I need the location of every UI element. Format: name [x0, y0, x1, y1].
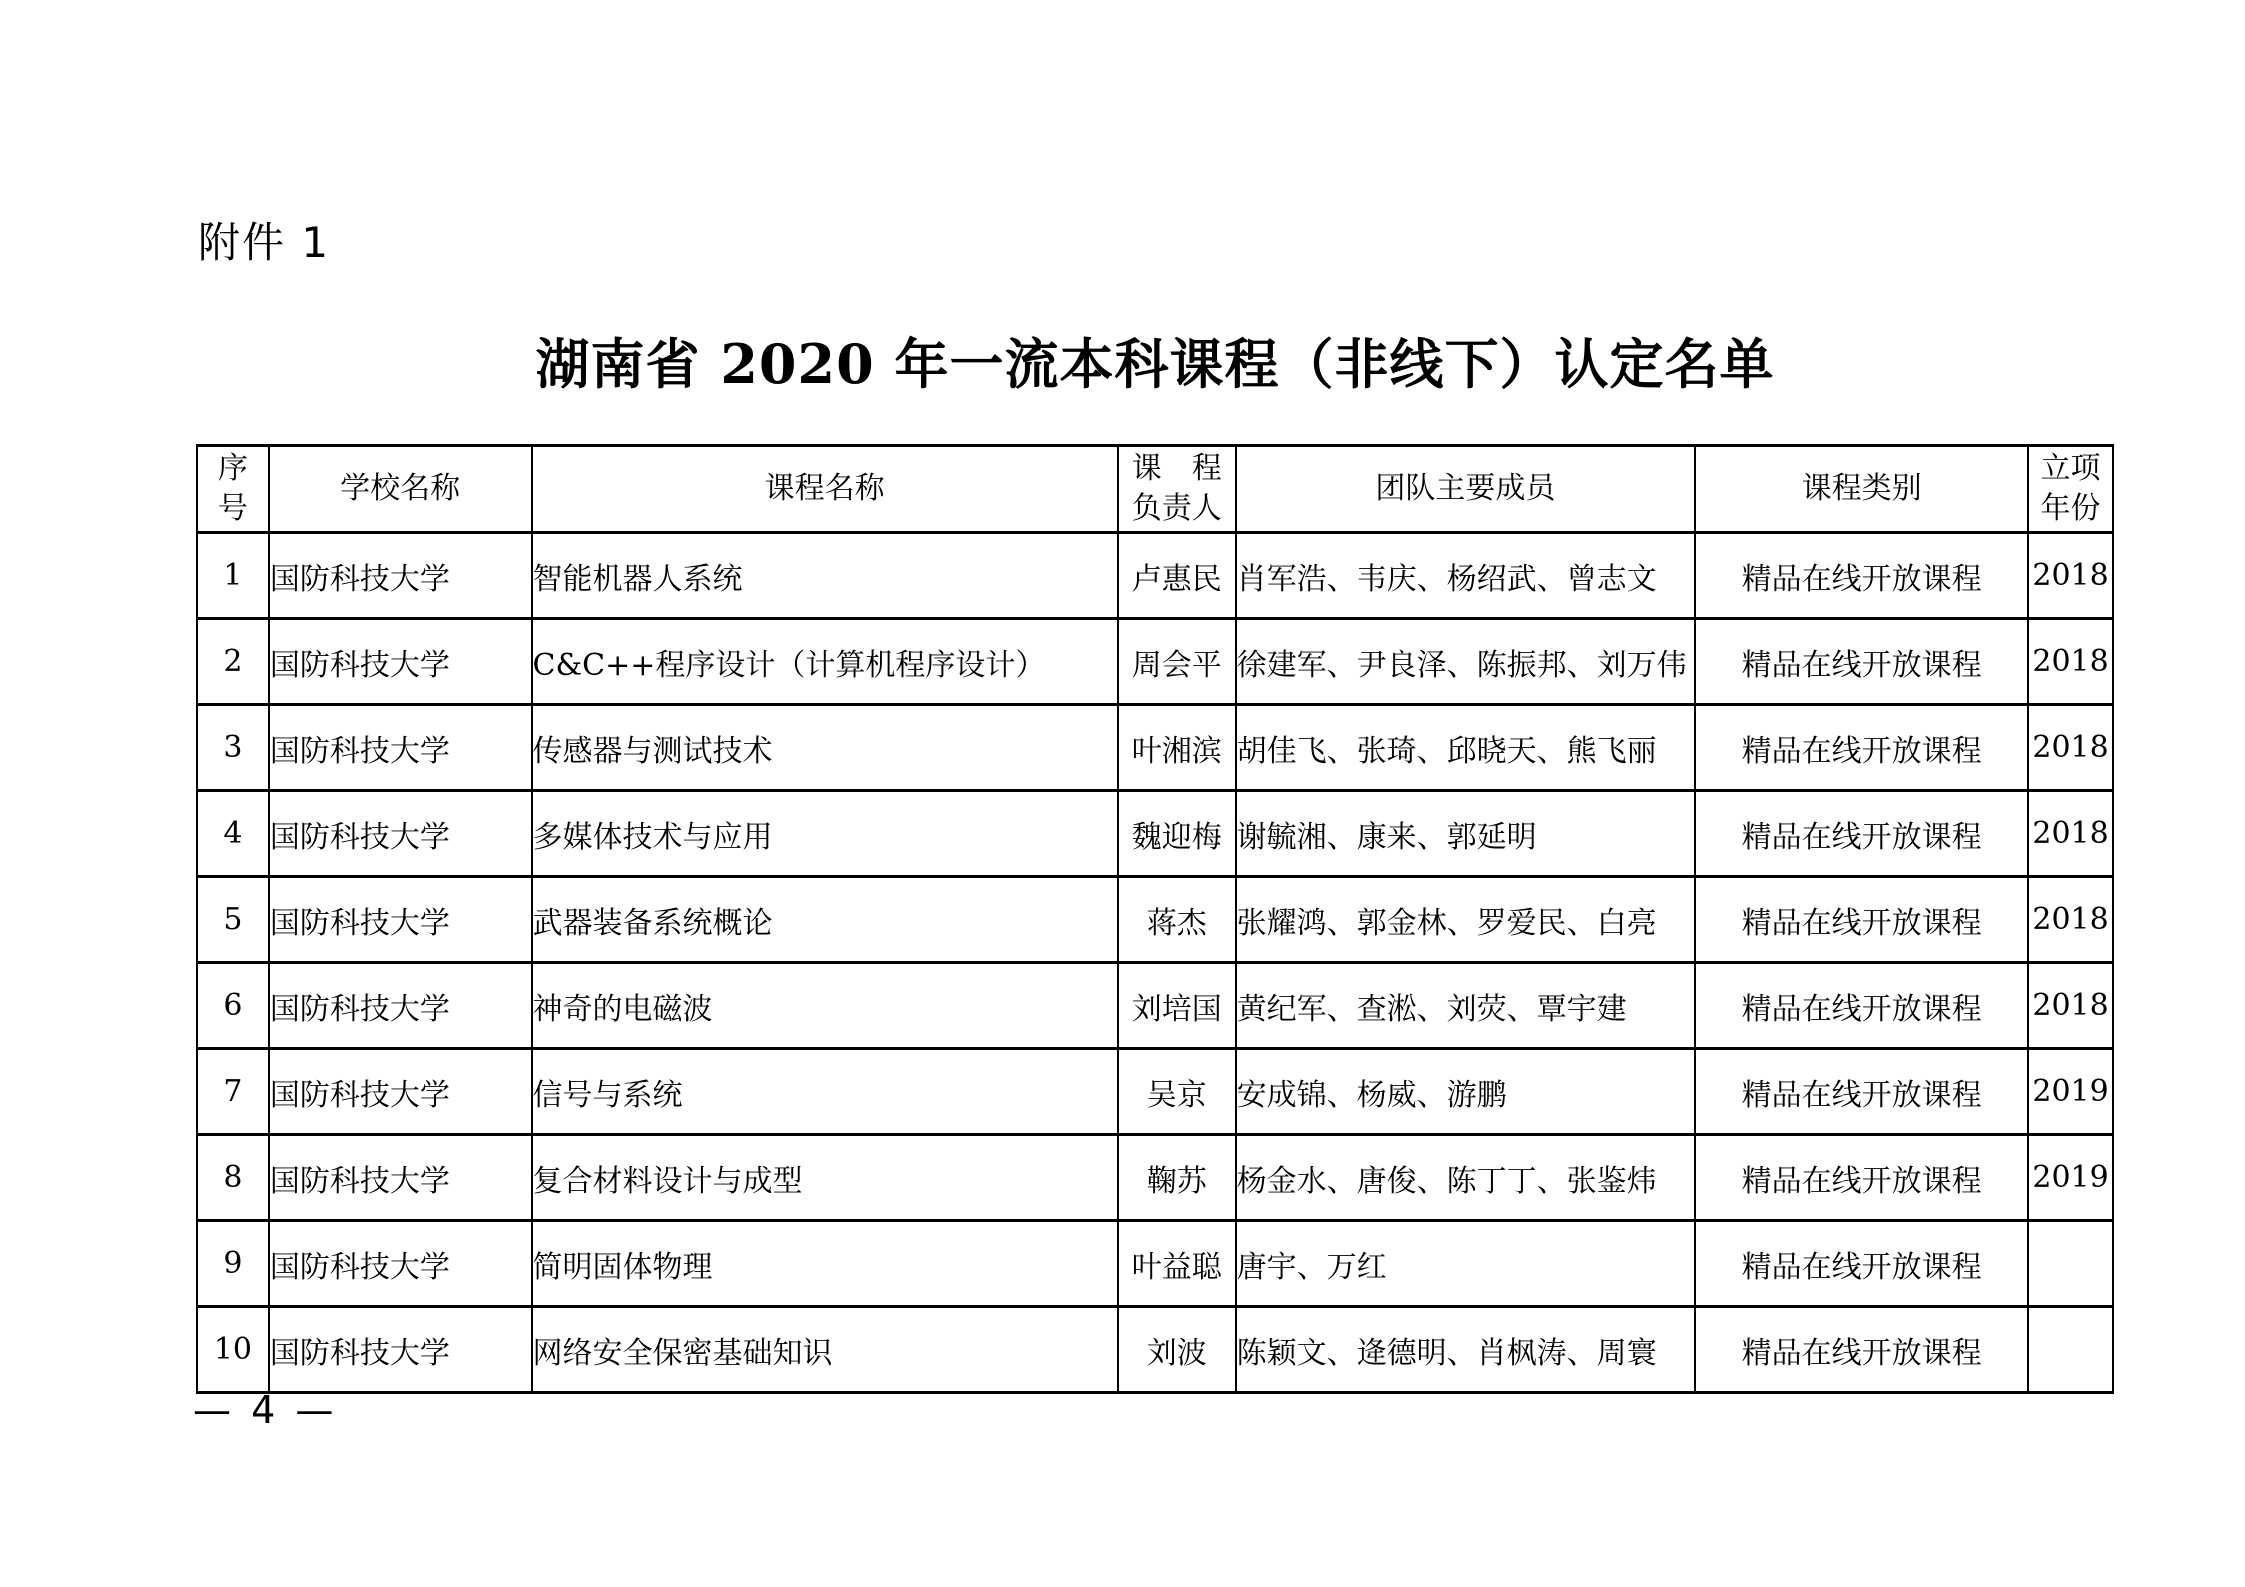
cell-course: 信号与系统 — [532, 1049, 1118, 1135]
cell-no: 7 — [197, 1049, 269, 1135]
cell-category: 精品在线开放课程 — [1695, 619, 2028, 705]
table-row: 3 国防科技大学 传感器与测试技术 叶湘滨 胡佳飞、张琦、邱晓天、熊飞丽 精品在… — [197, 705, 2113, 791]
cell-category: 精品在线开放课程 — [1695, 791, 2028, 877]
cell-no: 1 — [197, 533, 269, 619]
cell-school: 国防科技大学 — [269, 877, 532, 963]
cell-year: 2018 — [2028, 619, 2113, 705]
cell-course: 网络安全保密基础知识 — [532, 1307, 1118, 1393]
cell-year: 2018 — [2028, 963, 2113, 1049]
cell-year: 2018 — [2028, 877, 2113, 963]
table-row: 1 国防科技大学 智能机器人系统 卢惠民 肖军浩、韦庆、杨绍武、曾志文 精品在线… — [197, 533, 2113, 619]
header-no-line2: 号 — [198, 489, 268, 530]
cell-year: 2019 — [2028, 1135, 2113, 1221]
cell-leader: 蒋杰 — [1118, 877, 1236, 963]
cell-year: 2019 — [2028, 1049, 2113, 1135]
cell-year — [2028, 1221, 2113, 1307]
cell-year: 2018 — [2028, 533, 2113, 619]
table-row: 8 国防科技大学 复合材料设计与成型 鞠苏 杨金水、唐俊、陈丁丁、张鉴炜 精品在… — [197, 1135, 2113, 1221]
document-page: 附件 1 湖南省 2020 年一流本科课程（非线下）认定名单 序 号 学校名称 … — [0, 0, 2245, 1587]
cell-leader: 叶湘滨 — [1118, 705, 1236, 791]
table-row: 10 国防科技大学 网络安全保密基础知识 刘波 陈颖文、逄德明、肖枫涛、周寰 精… — [197, 1307, 2113, 1393]
header-cell-leader: 课 程 负责人 — [1118, 446, 1236, 533]
table-header-row: 序 号 学校名称 课程名称 课 程 负责人 团队主要成员 课程类别 立项 年份 — [197, 446, 2113, 533]
cell-leader: 卢惠民 — [1118, 533, 1236, 619]
cell-course: 复合材料设计与成型 — [532, 1135, 1118, 1221]
cell-course: 智能机器人系统 — [532, 533, 1118, 619]
cell-year: 2018 — [2028, 791, 2113, 877]
cell-category: 精品在线开放课程 — [1695, 705, 2028, 791]
table-row: 5 国防科技大学 武器装备系统概论 蒋杰 张耀鸿、郭金林、罗爱民、白亮 精品在线… — [197, 877, 2113, 963]
cell-leader: 鞠苏 — [1118, 1135, 1236, 1221]
header-cell-category: 课程类别 — [1695, 446, 2028, 533]
attachment-label: 附件 1 — [198, 210, 330, 270]
header-cell-school: 学校名称 — [269, 446, 532, 533]
cell-leader: 魏迎梅 — [1118, 791, 1236, 877]
cell-members: 陈颖文、逄德明、肖枫涛、周寰 — [1236, 1307, 1695, 1393]
cell-school: 国防科技大学 — [269, 791, 532, 877]
course-list-table: 序 号 学校名称 课程名称 课 程 负责人 团队主要成员 课程类别 立项 年份 … — [196, 444, 2114, 1394]
header-cell-no: 序 号 — [197, 446, 269, 533]
cell-no: 4 — [197, 791, 269, 877]
cell-leader: 刘波 — [1118, 1307, 1236, 1393]
cell-category: 精品在线开放课程 — [1695, 1307, 2028, 1393]
cell-year: 2018 — [2028, 705, 2113, 791]
header-year-line1: 立项 — [2029, 449, 2112, 490]
cell-course: 简明固体物理 — [532, 1221, 1118, 1307]
cell-course: 传感器与测试技术 — [532, 705, 1118, 791]
header-cell-year: 立项 年份 — [2028, 446, 2113, 533]
header-year-line2: 年份 — [2029, 489, 2112, 530]
cell-members: 杨金水、唐俊、陈丁丁、张鉴炜 — [1236, 1135, 1695, 1221]
cell-school: 国防科技大学 — [269, 705, 532, 791]
cell-no: 2 — [197, 619, 269, 705]
cell-no: 5 — [197, 877, 269, 963]
cell-category: 精品在线开放课程 — [1695, 963, 2028, 1049]
cell-no: 8 — [197, 1135, 269, 1221]
header-cell-course: 课程名称 — [532, 446, 1118, 533]
table-body: 1 国防科技大学 智能机器人系统 卢惠民 肖军浩、韦庆、杨绍武、曾志文 精品在线… — [197, 533, 2113, 1393]
cell-category: 精品在线开放课程 — [1695, 877, 2028, 963]
cell-school: 国防科技大学 — [269, 1049, 532, 1135]
cell-members: 安成锦、杨威、游鹏 — [1236, 1049, 1695, 1135]
header-no-line1: 序 — [198, 449, 268, 490]
cell-leader: 周会平 — [1118, 619, 1236, 705]
header-leader-line1: 课 程 — [1119, 449, 1235, 490]
table-row: 6 国防科技大学 神奇的电磁波 刘培国 黄纪军、查淞、刘荧、覃宇建 精品在线开放… — [197, 963, 2113, 1049]
cell-course: 武器装备系统概论 — [532, 877, 1118, 963]
header-cell-members: 团队主要成员 — [1236, 446, 1695, 533]
cell-leader: 刘培国 — [1118, 963, 1236, 1049]
cell-course: 多媒体技术与应用 — [532, 791, 1118, 877]
cell-category: 精品在线开放课程 — [1695, 533, 2028, 619]
table-row: 2 国防科技大学 C&C++程序设计（计算机程序设计） 周会平 徐建军、尹良泽、… — [197, 619, 2113, 705]
cell-leader: 叶益聪 — [1118, 1221, 1236, 1307]
table-row: 9 国防科技大学 简明固体物理 叶益聪 唐宇、万红 精品在线开放课程 — [197, 1221, 2113, 1307]
table-row: 4 国防科技大学 多媒体技术与应用 魏迎梅 谢毓湘、康来、郭延明 精品在线开放课… — [197, 791, 2113, 877]
cell-category: 精品在线开放课程 — [1695, 1135, 2028, 1221]
cell-school: 国防科技大学 — [269, 963, 532, 1049]
cell-year — [2028, 1307, 2113, 1393]
cell-no: 6 — [197, 963, 269, 1049]
cell-no: 3 — [197, 705, 269, 791]
cell-members: 唐宇、万红 — [1236, 1221, 1695, 1307]
cell-category: 精品在线开放课程 — [1695, 1049, 2028, 1135]
cell-course: 神奇的电磁波 — [532, 963, 1118, 1049]
cell-school: 国防科技大学 — [269, 619, 532, 705]
cell-members: 谢毓湘、康来、郭延明 — [1236, 791, 1695, 877]
table-row: 7 国防科技大学 信号与系统 吴京 安成锦、杨威、游鹏 精品在线开放课程 201… — [197, 1049, 2113, 1135]
cell-members: 胡佳飞、张琦、邱晓天、熊飞丽 — [1236, 705, 1695, 791]
header-leader-line2: 负责人 — [1119, 489, 1235, 530]
cell-course: C&C++程序设计（计算机程序设计） — [532, 619, 1118, 705]
cell-category: 精品在线开放课程 — [1695, 1221, 2028, 1307]
cell-school: 国防科技大学 — [269, 1307, 532, 1393]
page-number: — 4 — — [193, 1388, 337, 1432]
cell-members: 黄纪军、查淞、刘荧、覃宇建 — [1236, 963, 1695, 1049]
page-title: 湖南省 2020 年一流本科课程（非线下）认定名单 — [196, 322, 2114, 399]
cell-members: 肖军浩、韦庆、杨绍武、曾志文 — [1236, 533, 1695, 619]
cell-no: 10 — [197, 1307, 269, 1393]
cell-leader: 吴京 — [1118, 1049, 1236, 1135]
cell-school: 国防科技大学 — [269, 1135, 532, 1221]
cell-no: 9 — [197, 1221, 269, 1307]
cell-members: 张耀鸿、郭金林、罗爱民、白亮 — [1236, 877, 1695, 963]
cell-members: 徐建军、尹良泽、陈振邦、刘万伟 — [1236, 619, 1695, 705]
cell-school: 国防科技大学 — [269, 533, 532, 619]
cell-school: 国防科技大学 — [269, 1221, 532, 1307]
